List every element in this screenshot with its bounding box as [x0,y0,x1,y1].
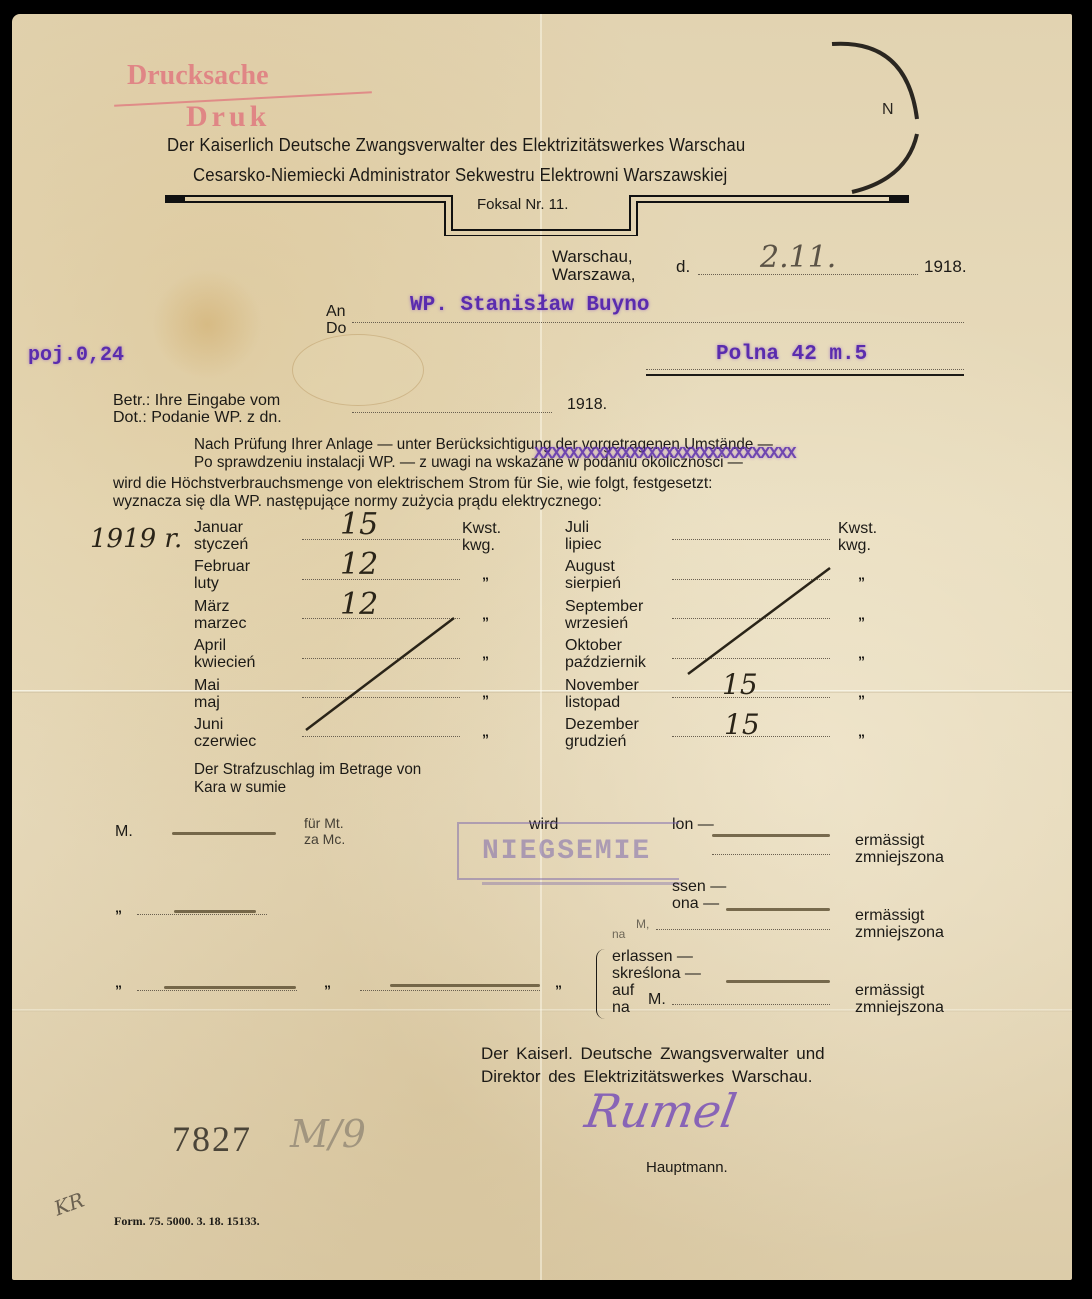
month-august-pl: sierpień [565,575,621,592]
penalty-bar-5 [390,984,540,987]
month-april-de: April [194,637,226,654]
year-handwritten: 1919 r. [90,524,182,554]
penalty-field-1 [712,854,830,855]
ditto-mark: ” [555,982,562,998]
document-sheet: Drucksache Druk N Der Kaiserlich Deutsch… [12,14,1072,1280]
date-city-pl: Warszawa, [552,266,635,284]
month-may-de: Mai [194,677,220,694]
zmniejszona-2: zmniejszona [855,924,944,941]
ditto-mark: ” [858,653,865,669]
signature-line-1: Der Kaiserl. Deutsche Zwangsverwalter un… [481,1045,825,1062]
water-stain [152,269,262,379]
header-line-pl: Cesarsko-Niemiecki Administrator Sekwest… [193,165,727,186]
penalty-bar-3 [726,908,830,911]
value-december: 15 [724,708,760,741]
penalty-m-small: M, [636,916,649,933]
value-field-feb [302,579,460,580]
value-february: 12 [340,547,378,582]
ditto-mark: ” [482,692,489,708]
value-january: 15 [340,507,378,542]
signature-line-2: Direktor des Elektrizitätswerkes Warscha… [481,1068,812,1085]
month-march-de: März [194,598,230,615]
value-field-jul [672,539,830,540]
penalty-m-label: M. [115,823,133,840]
reference-pl: Dot.: Podanie WP. z dn. [113,409,282,426]
stamp-druk: Druk [186,100,270,134]
purple-stamp-text: NIEGSEMIE [482,836,651,867]
month-june-pl: czerwiec [194,733,256,750]
number-stamp: 7827 [172,1118,252,1160]
month-september-pl: wrzesień [565,615,628,632]
pencil-initials: KR [51,1188,87,1221]
month-december-de: Dezember [565,716,639,733]
month-january-de: Januar [194,519,243,536]
recipient-address-field [646,369,964,370]
penalty-field-3c [672,1004,830,1005]
month-february-pl: luty [194,575,219,592]
penalty-bar-1 [712,834,830,837]
penalty-fur-mt: für Mt. [304,815,344,832]
recipient-name: WP. Stanisław Buyno [410,294,649,317]
penalty-skreslona: skreślona — [612,965,701,982]
ditto-mark: ” [858,731,865,747]
strike-line-left [302,614,462,734]
penalty-bar-4 [164,986,296,989]
unit-de-right: Kwst. [838,520,877,537]
month-may-pl: maj [194,694,220,711]
svg-text:N: N [882,101,894,118]
date-handwritten: 2.11. [760,240,836,275]
unit-pl-left: kwg. [462,537,495,554]
penalty-na: na [612,926,625,943]
recipient-do-label: Do [326,320,346,337]
ditto-mark: ” [482,653,489,669]
brace [596,949,605,1019]
ditto-mark: ” [115,907,122,923]
recipient-address-rule [646,374,964,376]
penalty-ona: ona — [672,895,719,912]
month-december-pl: grudzień [565,733,626,750]
month-april-pl: kwiecień [194,654,255,671]
stamp-drucksache: Drucksache [127,60,269,92]
month-november-de: November [565,677,639,694]
ditto-mark: ” [482,574,489,590]
strikeout-typed: XXXXXXXXXXXXXXXXXXXXXXXXXXXXXX [534,445,795,464]
body-line3-de: wird die Höchstverbrauchsmenge von elekt… [113,475,713,492]
signature-title: Hauptmann. [646,1159,728,1176]
signature-script: Rumel [581,1084,740,1138]
month-september-de: September [565,598,643,615]
ditto-mark: ” [115,982,122,998]
paper-fold-horizontal [12,690,1072,693]
ermassigt-3: ermässigt [855,982,924,999]
month-february-de: Februar [194,558,250,575]
header-address: Foksal Nr. 11. [477,196,568,213]
ditto-mark: ” [482,731,489,747]
penalty-pl: Kara w sumie [194,779,286,796]
month-june-de: Juni [194,716,223,733]
month-october-pl: październik [565,654,646,671]
header-line-de: Der Kaiserlich Deutsche Zwangsverwalter … [167,135,745,156]
ring-stain [292,334,424,406]
pencil-note: M/9 [290,1112,366,1156]
penalty-bar-2 [174,910,256,913]
month-november-pl: listopad [565,694,620,711]
reference-de: Betr.: Ihre Eingabe vom [113,392,280,409]
penalty-auf: auf [612,982,634,999]
ermassigt-2: ermässigt [855,907,924,924]
penalty-ssen: ssen — [672,878,726,895]
ditto-mark: ” [858,614,865,630]
ermassigt-1: ermässigt [855,832,924,849]
penalty-field-3a [137,990,297,991]
side-note: poj.0,24 [28,344,124,367]
month-march-pl: marzec [194,615,246,632]
postmark-icon: N [812,34,932,194]
unit-pl-right: kwg. [838,537,871,554]
strike-line-right [684,564,834,679]
form-reference: Form. 75. 5000. 3. 18. 15133. [114,1214,260,1229]
zmniejszona-3: zmniejszona [855,999,944,1016]
reference-year: 1918. [567,396,607,413]
recipient-an-label: An [326,303,346,320]
ditto-mark: ” [858,574,865,590]
month-october-de: Oktober [565,637,622,654]
ditto-mark: ” [324,982,331,998]
penalty-de: Der Strafzuschlag im Betrage von [194,761,421,778]
penalty-field-2a [137,914,267,915]
penalty-amount-bar [172,832,276,835]
penalty-field-3b [360,990,540,991]
month-july-pl: lipiec [565,536,601,553]
value-november: 15 [722,668,758,701]
penalty-na2: na [612,999,630,1016]
value-field-jun [302,736,460,737]
month-august-de: August [565,558,615,575]
recipient-address: Polna 42 m.5 [716,343,867,366]
date-d-label: d. [676,258,690,276]
month-january-pl: styczeń [194,536,248,553]
penalty-field-2b [656,929,830,930]
date-year: 1918. [924,258,967,276]
value-field-jan [302,539,460,540]
zmniejszona-1: zmniejszona [855,849,944,866]
penalty-za-mc: za Mc. [304,831,345,848]
recipient-name-field [352,322,964,323]
unit-de-left: Kwst. [462,520,501,537]
penalty-bar-6 [726,980,830,983]
purple-stamp-underline [482,882,682,885]
month-july-de: Juli [565,519,589,536]
date-city-de: Warschau, [552,248,633,266]
ditto-mark: ” [482,614,489,630]
reference-date-field [352,412,552,413]
penalty-m2: M. [648,991,666,1008]
penalty-erlassen: erlassen — [612,948,693,965]
ditto-mark: ” [858,692,865,708]
